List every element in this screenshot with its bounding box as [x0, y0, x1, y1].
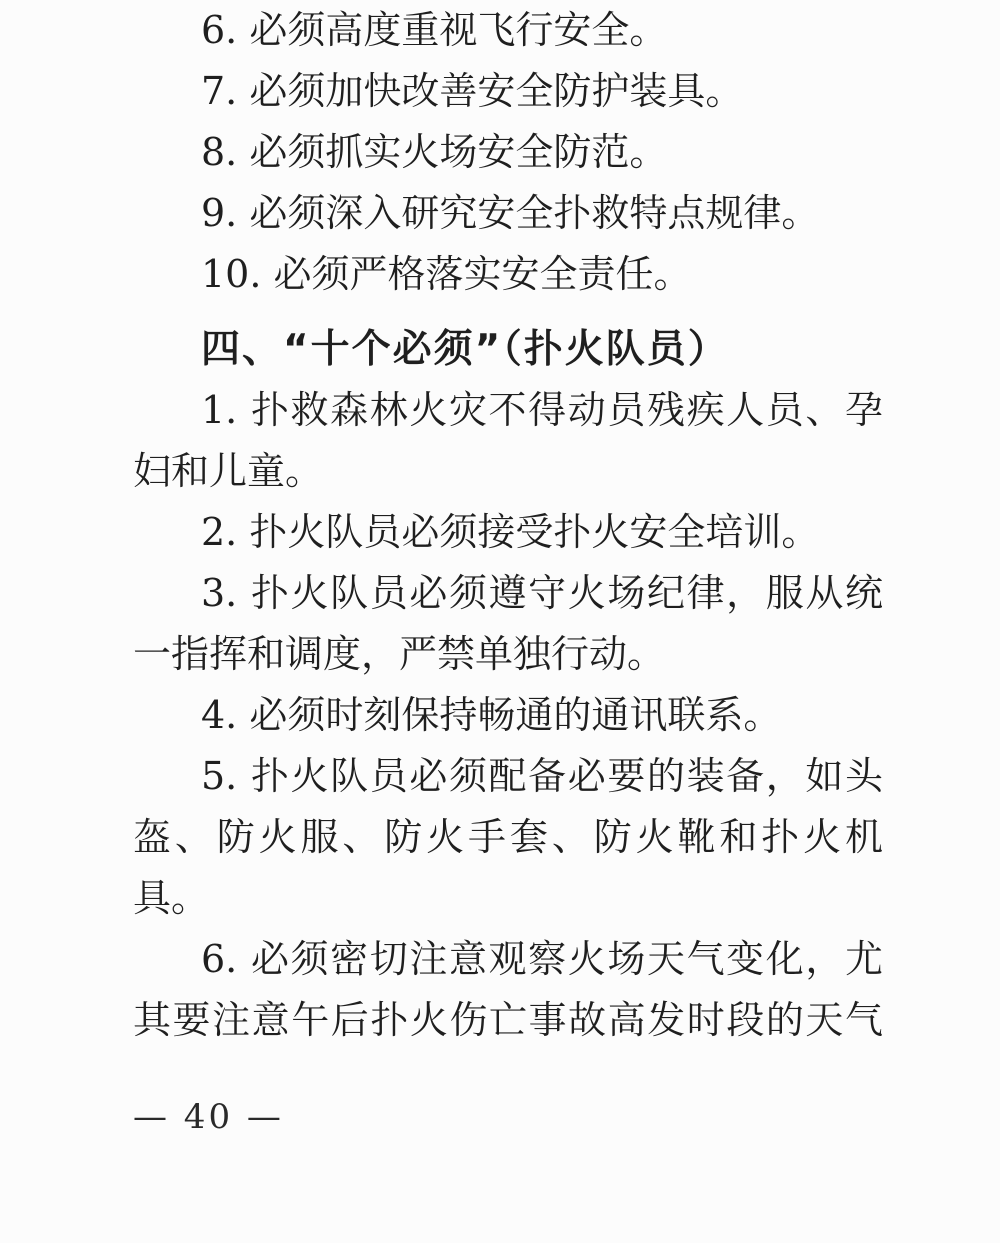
- text-line: 其要注意午后扑火伤亡事故高发时段的天气: [133, 990, 883, 1051]
- text-line: 2. 扑火队员必须接受扑火安全培训。: [133, 502, 883, 563]
- text-line: 6. 必须高度重视飞行安全。: [133, 0, 883, 61]
- text-line: 4. 必须时刻保持畅通的通讯联系。: [133, 685, 883, 746]
- scanned-document: { "page": { "background": "#fcfcfc", "te…: [0, 0, 1000, 1243]
- document-page: 6. 必须高度重视飞行安全。7. 必须加快改善安全防护装具。8. 必须抓实火场安…: [0, 0, 1000, 1243]
- text-line: 7. 必须加快改善安全防护装具。: [133, 61, 883, 122]
- text-line: 9. 必须深入研究安全扑救特点规律。: [133, 183, 883, 244]
- text-line: 6. 必须密切注意观察火场天气变化，尤: [133, 929, 883, 990]
- text-line: 10. 必须严格落实安全责任。: [133, 244, 883, 305]
- text-line: 妇和儿童。: [133, 441, 883, 502]
- text-line: 3. 扑火队员必须遵守火场纪律，服从统: [133, 563, 883, 624]
- text-line: 盔、防火服、防火手套、防火靴和扑火机: [133, 807, 883, 868]
- text-line: 5. 扑火队员必须配备必要的装备，如头: [133, 746, 883, 807]
- text-line: 一指挥和调度，严禁单独行动。: [133, 624, 883, 685]
- text-line: 1. 扑救森林火灾不得动员残疾人员、孕: [133, 380, 883, 441]
- text-line: 具。: [133, 868, 883, 929]
- page-number: — 40 —: [133, 1087, 883, 1148]
- document-body: 6. 必须高度重视飞行安全。7. 必须加快改善安全防护装具。8. 必须抓实火场安…: [133, 0, 883, 1148]
- text-line: 8. 必须抓实火场安全防范。: [133, 122, 883, 183]
- section-heading: 四、“十个必须”（扑火队员）: [133, 319, 883, 380]
